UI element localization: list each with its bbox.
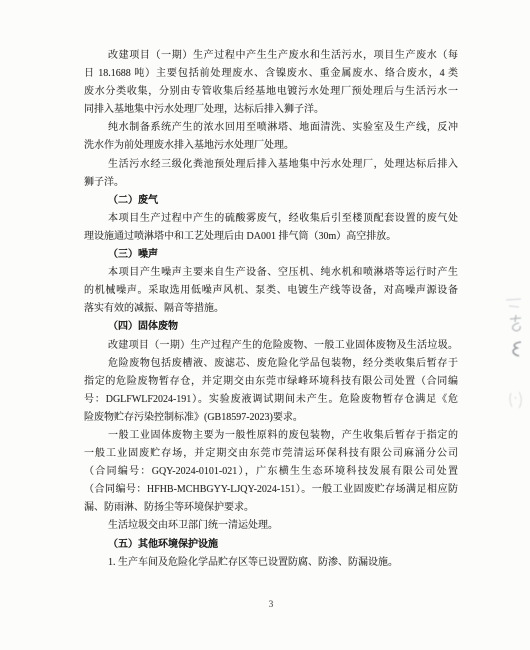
text-line: 本项目产生噪声主要来自生产设备、空压机、纯水机和喷淋塔等运行时产生 (84, 264, 458, 282)
text-line: 狮子洋。 (84, 174, 458, 192)
text-line: 落实有效的减振、隔音等措施。 (84, 300, 458, 318)
section-heading: （四）固体废物 (84, 318, 458, 336)
text-line: 改建项目（一期）生产过程产生的危险废物、一般工业固体废物及生活垃圾。 (84, 337, 458, 355)
text-line: 生活垃圾交由环卫部门统一清运处理。 (84, 517, 458, 535)
text-line: 险废物贮存污染控制标准》(GB18597-2023)要求。 (84, 409, 458, 427)
text-line: 纯水制备系统产生的浓水回用至喷淋塔、地面清洗、实验室及生产线，反冲 (84, 119, 458, 137)
text-line: 废水分类收集，分别由专管收集后经基地电镀污水处理厂预处理后与生活污水一 (84, 83, 458, 101)
text-line: 的机械噪声。采取选用低噪声风机、泵类、电镀生产线等设备，对高噪声源设备 (84, 282, 458, 300)
scan-artifact-icon (506, 389, 526, 411)
text-line: 日 18.1688 吨）主要包括前处理废水、含镍废水、重金属废水、络合废水，4 … (84, 65, 458, 83)
text-line: 本项目生产过程中产生的硫酸雾废气，经收集后引至楼顶配套设置的废气处 (84, 210, 458, 228)
text-line: 洗水作为前处理废水排入基地污水处理厂处理。 (84, 137, 458, 155)
section-heading: （二）废气 (84, 192, 458, 210)
section-heading: （五）其他环境保护设施 (84, 536, 458, 554)
scan-artifact-icon (507, 314, 525, 334)
text-line: 一般工业固废贮存场，并定期交由东莞市莞清运环保科技有限公司麻涌分公司 (84, 445, 458, 463)
text-line: 漏、防雨淋、防扬尘等环境保护要求。 (84, 499, 458, 517)
document-page: 改建项目（一期）生产过程中产生生产废水和生活污水，项目生产废水（每日 18.16… (0, 0, 530, 650)
text-line: （合同编号：HFHB-MCHBGYY-LJQY-2024-151）。一般工业固废… (84, 481, 458, 499)
text-line: 同排入基地集中污水处理厂处理，达标后排入狮子洋。 (84, 101, 458, 119)
text-line: 理设施通过喷淋塔中和工艺处理后由 DA001 排气筒（30m）高空排放。 (84, 228, 458, 246)
section-heading: （三）噪声 (84, 246, 458, 264)
page-number: 3 (84, 598, 458, 612)
scan-artifact-icon (503, 297, 525, 313)
text-line: 生活污水经三级化粪池预处理后排入基地集中污水处理厂，处理达标后排入 (84, 156, 458, 174)
text-line: 改建项目（一期）生产过程中产生生产废水和生活污水，项目生产废水（每 (84, 47, 458, 65)
text-line: 号：DGLFWLF2024-191）。实验废液调试期间未产生。危险废物暂存仓满足… (84, 391, 458, 409)
text-line: 指定的危险废物暂存仓，并定期交由东莞市绿峰环境科技有限公司处置（合同编 (84, 373, 458, 391)
text-line: （合同编号：GQY-2024-0101-021），广东横生生态环境科技发展有限公… (84, 463, 458, 481)
text-line: 一般工业固体废物主要为一般性原料的废包装物，产生收集后暂存于指定的 (84, 427, 458, 445)
document-body: 改建项目（一期）生产过程中产生生产废水和生活污水，项目生产废水（每日 18.16… (84, 47, 458, 572)
text-line: 1. 生产车间及危险化学品贮存区等已设置防腐、防渗、防漏设施。 (84, 554, 458, 572)
text-line: 危险废物包括废槽液、废滤芯、废危险化学品包装物，经分类收集后暂存于 (84, 355, 458, 373)
scan-artifact-icon (509, 340, 525, 358)
